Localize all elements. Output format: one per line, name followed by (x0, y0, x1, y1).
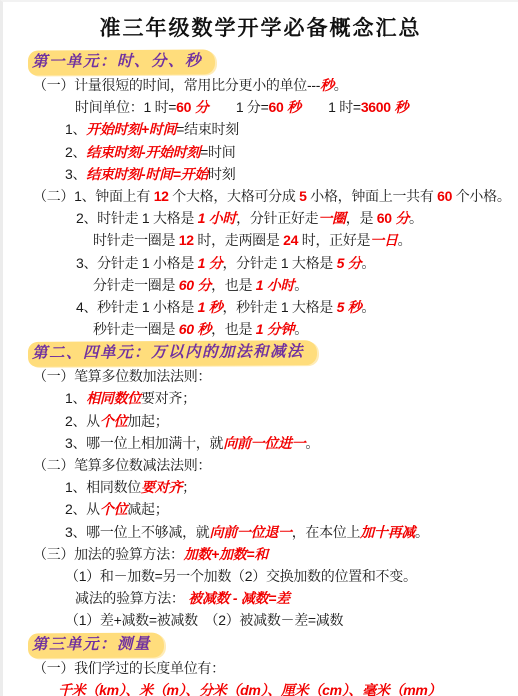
text-segment: （一）计量很短的时间，常用比分更小的单位--- (33, 77, 320, 93)
text-line: 分针走一圈是 60 分，也是 1 小时。 (3, 274, 518, 296)
emphasis-text-segment: 一圈 (318, 210, 345, 226)
text-line: （一）我们学过的长度单位有： (3, 657, 518, 679)
text-segment: 3、哪一位上不够减，就 (65, 524, 210, 540)
text-segment: 。 (334, 77, 348, 93)
text-line: 3、结束时刻-时间=开始时刻 (3, 163, 518, 185)
text-segment: 1 分= (208, 99, 268, 115)
text-segment: 。 (361, 299, 375, 315)
emphasis-text-segment: 秒 (320, 77, 334, 93)
text-segment: 2、从 (65, 501, 100, 517)
text-line: 2、从个位加起； (3, 410, 518, 432)
text-segment: 。 (361, 255, 375, 271)
emphasis-text-segment: 60 (437, 188, 452, 204)
text-line: 秒针走一圈是 60 秒，也是 1 分钟。 (3, 318, 518, 340)
emphasis-text-segment: 个位 (100, 413, 127, 429)
text-line: 2、时针走 1 大格是 1 小时，分针正好走一圈，是 60 分。 (3, 207, 518, 229)
text-line: 2、结束时刻-开始时刻=时间 (3, 141, 518, 163)
text-segment: 时间单位：1 时= (75, 99, 176, 115)
text-line: 千米（km）、米（m）、分米（dm）、厘米（cm）、毫米（mm） (3, 679, 518, 696)
text-segment: （二）笔算多位数减法法则： (33, 457, 211, 473)
text-segment: 分针走一圈是 (93, 277, 179, 293)
text-segment: （三）加法的验算方法： (33, 546, 184, 562)
text-line: 1、相同数位要对齐； (3, 476, 518, 498)
text-segment: 时，正好是 (298, 232, 370, 248)
section-header: 第一单元：时、分、秒 (28, 49, 215, 75)
text-segment: 秒针走一圈是 (93, 321, 179, 337)
emphasis-text-segment: 5 秒 (337, 299, 362, 315)
text-segment: 小格，钟面上一共有 (307, 188, 437, 204)
text-segment: ，在本位上 (292, 524, 361, 540)
text-segment: 2、从 (65, 413, 100, 429)
emphasis-text-segment: 向前一位进一 (223, 435, 305, 451)
text-segment: （二）1、钟面上有 (33, 188, 154, 204)
page-title: 准三年级数学开学必备概念汇总 (3, 14, 518, 44)
section-header: 第三单元：测量 (28, 632, 164, 658)
section-header: 第二、四单元：万以内的加法和减法 (28, 340, 317, 367)
emphasis-text-segment: 60 (268, 99, 287, 115)
text-segment: 。 (415, 524, 429, 540)
emphasis-text-segment: 秒 (287, 99, 301, 115)
emphasis-text-segment: 5 (299, 188, 307, 204)
text-line: 3、分针走 1 小格是 1 分，分针走 1 大格是 5 分。 (3, 252, 518, 274)
text-segment: =结束时刻 (176, 121, 239, 137)
emphasis-text-segment: 个位 (100, 501, 127, 517)
text-segment: 。 (294, 321, 308, 337)
text-segment: ，秒针走 1 大格是 (222, 299, 336, 315)
emphasis-text-segment: 12 (154, 188, 169, 204)
emphasis-text-segment: 结束时刻-时间=开始 (86, 166, 208, 182)
text-segment: 个大格，大格可分成 (169, 188, 299, 204)
text-line: 3、哪一位上相加满十，就向前一位进一。 (3, 432, 518, 454)
text-line: 时针走一圈是 12 时，走两圈是 24 时，正好是一日。 (3, 229, 518, 251)
text-segment: 。 (305, 435, 319, 451)
emphasis-text-segment: 相同数位 (86, 390, 141, 406)
text-segment: ； (182, 479, 196, 495)
text-segment: 加起； (127, 413, 168, 429)
document-page: 准三年级数学开学必备概念汇总 第一单元：时、分、秒（一）计量很短的时间，常用比分… (0, 0, 518, 696)
text-segment: 4、秒针走 1 小格是 (76, 299, 198, 315)
emphasis-text-segment: 1 小时 (198, 210, 236, 226)
emphasis-text-segment: 12 (179, 232, 194, 248)
emphasis-text-segment: 1 分 (198, 255, 223, 271)
text-segment: 3、分针走 1 小格是 (76, 255, 198, 271)
text-segment: 。 (294, 277, 308, 293)
section-header-row: 第三单元：测量 (3, 633, 518, 656)
text-line: 2、从个位减起； (3, 498, 518, 520)
text-segment: ，分针正好走 (236, 210, 318, 226)
emphasis-text-segment: 要对齐 (141, 479, 182, 495)
text-segment: 个小格。 (452, 188, 510, 204)
emphasis-text-segment: 60 (377, 210, 396, 226)
text-segment: 时针走一圈是 (93, 232, 179, 248)
text-line: （一）笔算多位数加法法则： (3, 365, 518, 387)
text-line: （二）1、钟面上有 12 个大格，大格可分成 5 小格，钟面上一共有 60 个小… (3, 185, 518, 207)
text-segment: 2、时针走 1 大格是 (76, 210, 198, 226)
emphasis-text-segment: 开始时刻+时间 (86, 121, 176, 137)
text-segment: （1）和－加数=另一个加数（2）交换加数的位置和不变。 (65, 568, 417, 584)
emphasis-text-segment: 24 (283, 232, 298, 248)
text-segment: 1、相同数位 (65, 479, 141, 495)
emphasis-text-segment: 结束时刻-开始时刻 (86, 144, 200, 160)
text-segment: 1、 (65, 390, 86, 406)
text-segment: ，也是 (211, 321, 256, 337)
text-segment: 1、 (65, 121, 86, 137)
text-segment: 3、哪一位上相加满十，就 (65, 435, 223, 451)
text-line: 1、相同数位要对齐； (3, 387, 518, 409)
section-header-row: 第一单元：时、分、秒 (3, 50, 518, 73)
text-line: （三）加法的验算方法：加数+加数=和 (3, 543, 518, 565)
text-line: （二）笔算多位数减法法则： (3, 454, 518, 476)
document-content: 第一单元：时、分、秒（一）计量很短的时间，常用比分更小的单位---秒。时间单位：… (3, 50, 518, 696)
text-segment: =时间 (200, 144, 235, 160)
text-line: 减法的验算方法： 被减数 - 减数=差 (3, 587, 518, 609)
emphasis-text-segment: 秒 (394, 99, 408, 115)
emphasis-text-segment: 分 (395, 210, 409, 226)
text-segment: 时刻 (208, 166, 235, 182)
text-segment: 减法的验算方法： (75, 590, 188, 606)
text-segment: ，也是 (211, 277, 256, 293)
text-line: 4、秒针走 1 小格是 1 秒，秒针走 1 大格是 5 秒。 (3, 296, 518, 318)
text-segment: ，分针走 1 大格是 (222, 255, 336, 271)
emphasis-text-segment: 加数+加数=和 (184, 546, 268, 562)
text-segment: ，是 (346, 210, 377, 226)
text-segment: 。 (398, 232, 412, 248)
text-segment: （1）差+减数=被减数 （2）被减数－差=减数 (65, 612, 343, 628)
emphasis-text-segment: 加十再减 (360, 524, 415, 540)
text-segment: 3、 (65, 166, 86, 182)
emphasis-text-segment: 千米（km）、米（m）、分米（dm）、厘米（cm）、毫米（mm） (58, 682, 441, 696)
text-line: 时间单位：1 时=60 分 1 分=60 秒 1 时=3600 秒 (3, 96, 518, 118)
emphasis-text-segment: 1 分钟 (256, 321, 294, 337)
emphasis-text-segment: 一日 (370, 232, 397, 248)
text-segment: 1 时= (301, 99, 361, 115)
text-line: （1）和－加数=另一个加数（2）交换加数的位置和不变。 (3, 565, 518, 587)
emphasis-text-segment: 向前一位退一 (210, 524, 292, 540)
emphasis-text-segment: 5 分 (337, 255, 362, 271)
emphasis-text-segment: 被减数 - 减数=差 (188, 590, 290, 606)
text-segment: 2、 (65, 144, 86, 160)
emphasis-text-segment: 60 分 (179, 277, 211, 293)
emphasis-text-segment: 1 秒 (198, 299, 223, 315)
text-segment: 时，走两圈是 (194, 232, 283, 248)
emphasis-text-segment: 分 (195, 99, 209, 115)
text-segment: （一）笔算多位数加法法则： (33, 368, 211, 384)
emphasis-text-segment: 1 小时 (256, 277, 294, 293)
emphasis-text-segment: 60 秒 (179, 321, 211, 337)
text-line: （一）计量很短的时间，常用比分更小的单位---秒。 (3, 74, 518, 96)
text-line: （1）差+减数=被减数 （2）被减数－差=减数 (3, 609, 518, 631)
emphasis-text-segment: 60 (176, 99, 195, 115)
text-segment: （一）我们学过的长度单位有： (33, 660, 225, 676)
text-segment: 要对齐； (141, 390, 196, 406)
emphasis-text-segment: 3600 (361, 99, 395, 115)
section-header-row: 第二、四单元：万以内的加法和减法 (3, 341, 518, 364)
text-line: 3、哪一位上不够减，就向前一位退一，在本位上加十再减。 (3, 521, 518, 543)
text-line: 1、开始时刻+时间=结束时刻 (3, 118, 518, 140)
text-segment: 。 (409, 210, 423, 226)
text-segment: 减起； (127, 501, 168, 517)
